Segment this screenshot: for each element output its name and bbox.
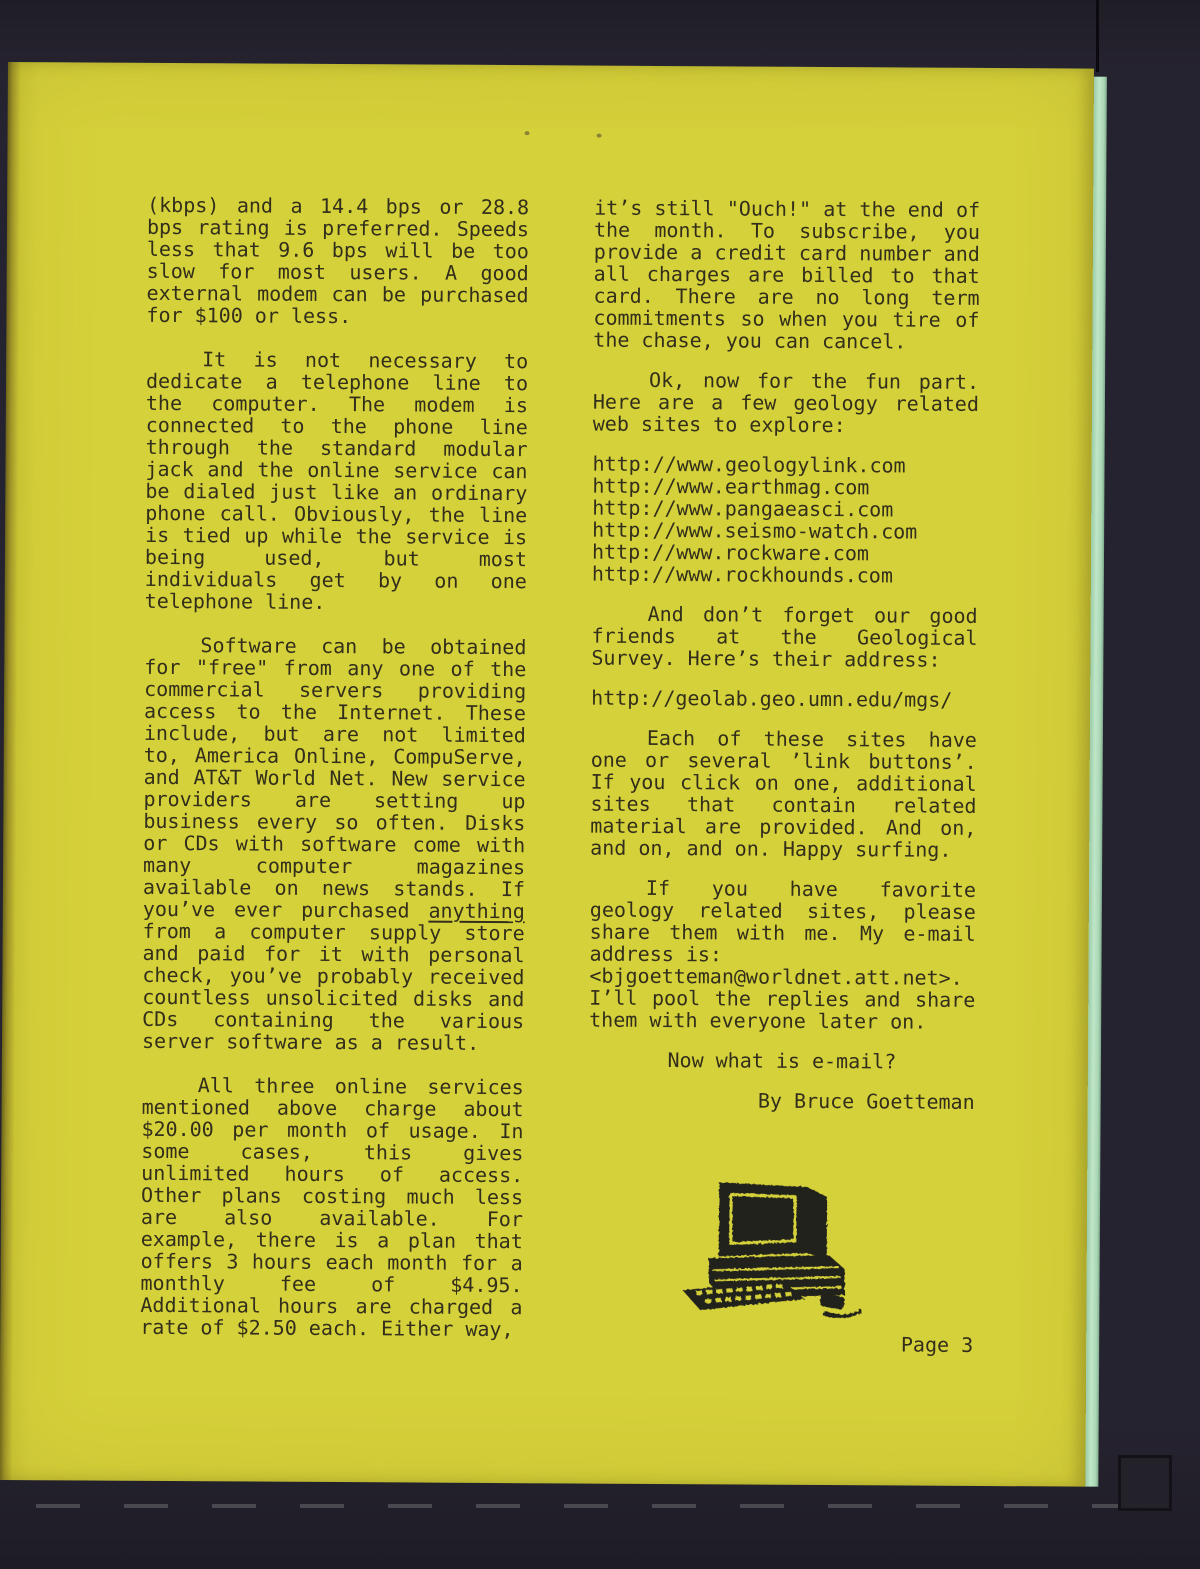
- newsletter-page: (kbps) and a 14.4 bps or 28.8 bps rating…: [0, 62, 1108, 1487]
- byline: By Bruce Goetteman: [589, 1089, 975, 1113]
- paragraph: Software can be obtained for "free" from…: [142, 634, 527, 1054]
- underlined-word: anything: [428, 899, 524, 924]
- paragraph-text: Software can be obtained for "free" from…: [143, 633, 527, 922]
- paragraph: And don’t forget our good friends at the…: [591, 603, 977, 671]
- url-list: http://www.geologylink.com http://www.ea…: [592, 453, 979, 587]
- paragraph: It is not necessary to dedicate a teleph…: [145, 348, 529, 614]
- scan-background: (kbps) and a 14.4 bps or 28.8 bps rating…: [0, 0, 1200, 1569]
- computer-clipart-icon: [678, 1178, 864, 1319]
- left-column: (kbps) and a 14.4 bps or 28.8 bps rating…: [140, 194, 529, 1340]
- page-number: Page 3: [587, 1332, 973, 1356]
- paragraph: it’s still "Ouch!" at the end of the mon…: [593, 197, 980, 353]
- paragraph: Ok, now for the fun part. Here are a few…: [593, 369, 979, 437]
- background-seam-line: [1096, 0, 1099, 72]
- paper-speck: [597, 134, 602, 138]
- binder-notch: [1118, 1455, 1172, 1511]
- url-text: http://www.rockhounds.com: [592, 563, 978, 587]
- page-surface: (kbps) and a 14.4 bps or 28.8 bps rating…: [0, 62, 1094, 1487]
- paragraph: All three online services mentioned abov…: [140, 1074, 524, 1340]
- paper-speck: [525, 131, 530, 135]
- paragraph-text: from a computer supply store and paid fo…: [142, 919, 525, 1055]
- paragraph: (kbps) and a 14.4 bps or 28.8 bps rating…: [146, 194, 529, 328]
- right-column: it’s still "Ouch!" at the end of the mon…: [589, 197, 981, 1113]
- url-text: http://geolab.geo.umn.edu/mgs/: [591, 687, 977, 711]
- closing-question: Now what is e-mail?: [589, 1049, 975, 1073]
- paragraph: Each of these sites have one or several …: [590, 727, 977, 861]
- paragraph: If you have favorite geology related sit…: [589, 877, 976, 967]
- film-marks: [36, 1504, 1166, 1508]
- paragraph: <bjgoetteman@worldnet.att.net>. I’ll poo…: [589, 965, 975, 1033]
